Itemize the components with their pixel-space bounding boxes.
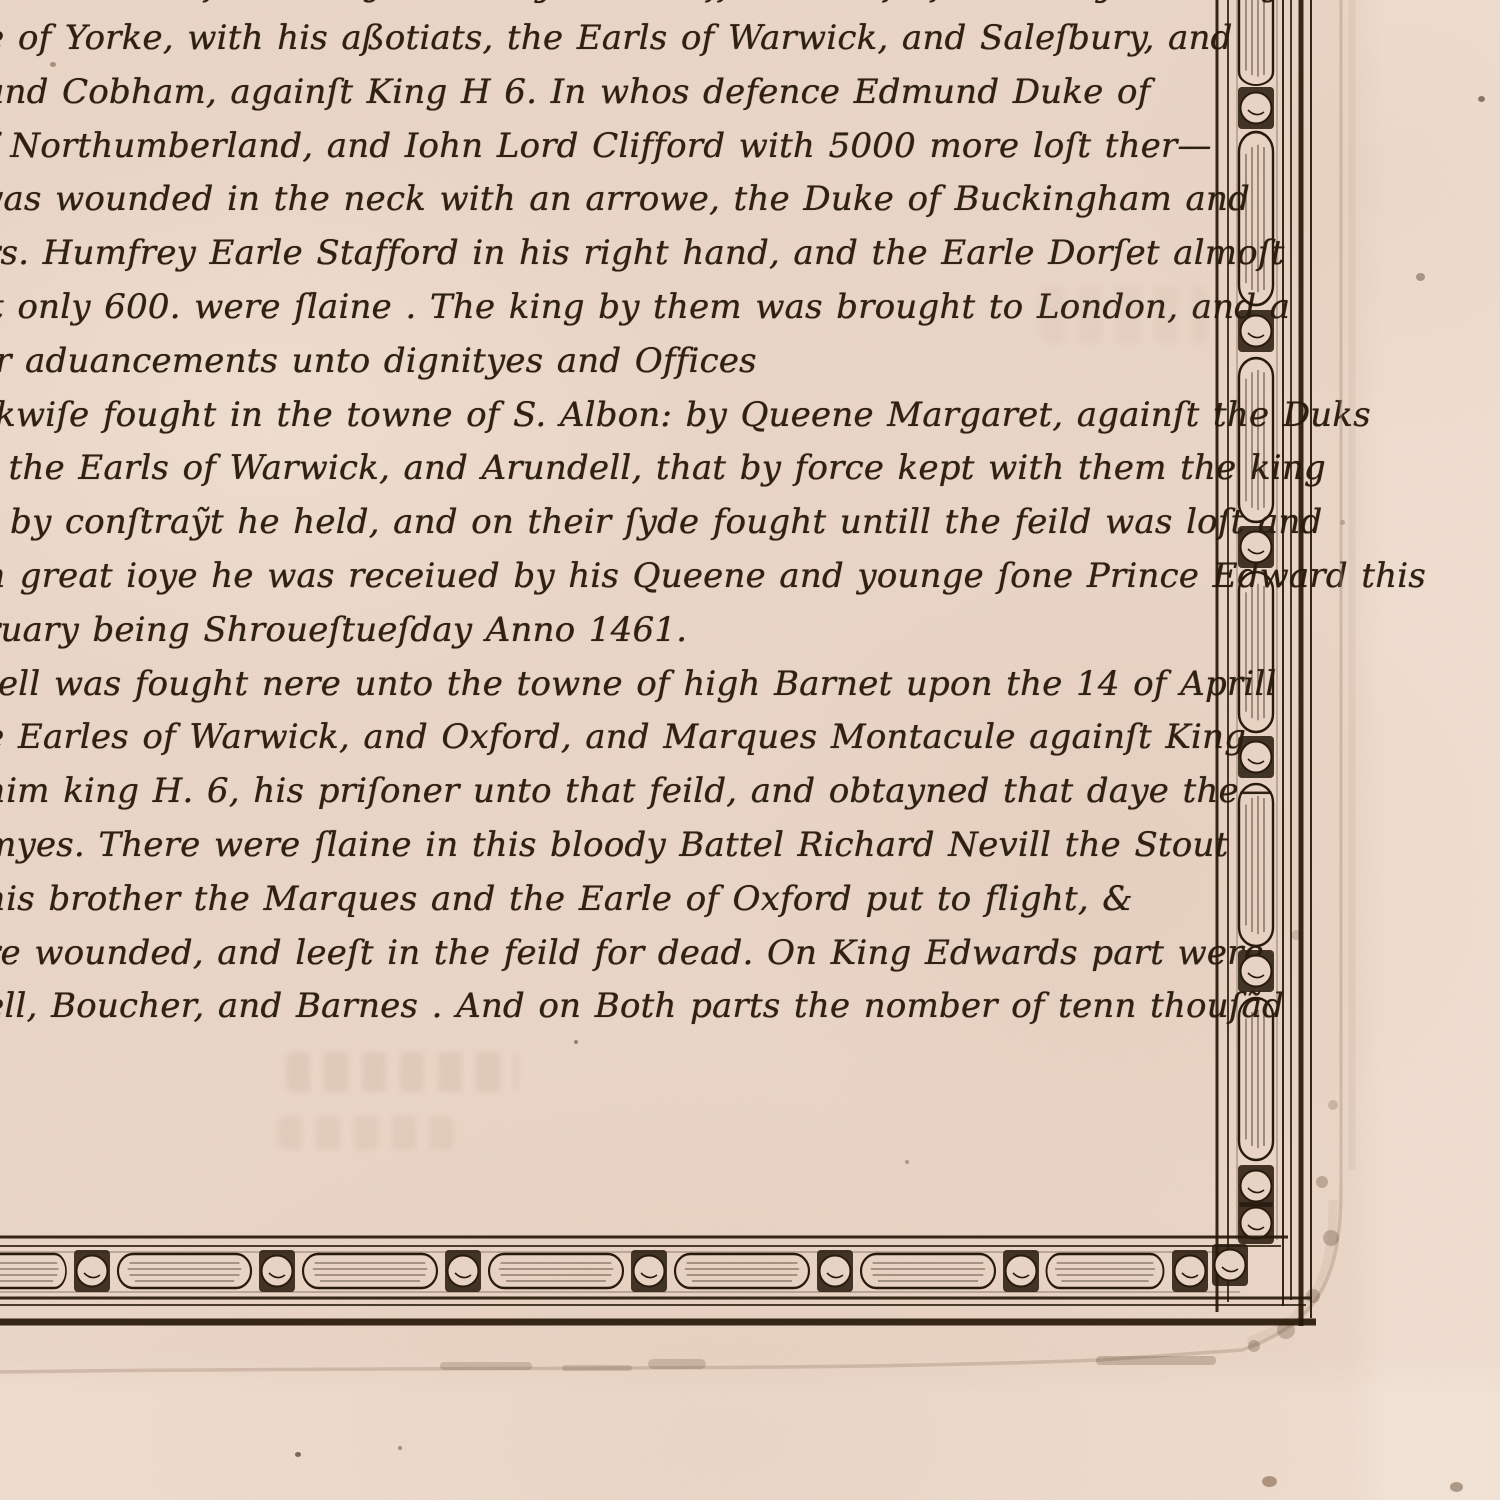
text-line: f Northumberland, and Iohn Lord Clifford… [0, 120, 1500, 174]
paper-speck [295, 1452, 301, 1457]
text-line: ell, Boucher, and Barnes . And on Both p… [0, 980, 1500, 1034]
text-line: re wounded, and leeſt in the feild for d… [0, 927, 1500, 981]
paper-speck [1262, 1476, 1277, 1487]
paper-speck [1450, 1482, 1463, 1492]
text-line: vas wounded in the neck with an arrowe, … [0, 173, 1500, 227]
text-line: tell was fought nere unto the towne of h… [0, 658, 1500, 712]
text-line: him king H. 6, his priſoner unto that fe… [0, 765, 1500, 819]
paper-speck [905, 1160, 909, 1164]
text-line: ir aduancements unto dignityes and Offic… [0, 335, 1500, 389]
antique-map-text-page: ſ J y ﬀ ſſ y J e of Yorke, with his aßot… [0, 0, 1500, 1500]
text-line: , the Earls of Warwick, and Arundell, th… [0, 442, 1500, 496]
text-line: ikwiſe fought in the towne of S. Albon: … [0, 389, 1500, 443]
text-line: t only 600. were ſlaine . The king by th… [0, 281, 1500, 335]
paper-speck [398, 1446, 402, 1450]
top-edge-fragment: ſ J y ﬀ ſſ y J [205, 0, 1317, 12]
text-line: e Earles of Warwick, and Oxford, and Mar… [0, 711, 1500, 765]
text-line: e of Yorke, with his aßotiats, the Earls… [0, 12, 1500, 66]
text-line: his brother the Marques and the Earle of… [0, 873, 1500, 927]
text-line: by conſtraỹt he held, and on their ſyde … [0, 496, 1500, 550]
text-line: rs. Humfrey Earle Stafford in his right … [0, 227, 1500, 281]
text-line: h great ioye he was receiued by his Quee… [0, 550, 1500, 604]
showthrough-smudge [278, 1116, 454, 1150]
border-bottom-reeds [0, 1244, 1248, 1292]
text-line: and Cobham, againſt King H 6. In whos de… [0, 66, 1500, 120]
text-line: myes. There were ſlaine in this bloody B… [0, 819, 1500, 873]
text-line: ruary being Shroueſtueſday Anno 1461. [0, 604, 1500, 658]
border-bottom-ornament [0, 1237, 1316, 1322]
paper-speck [574, 1040, 578, 1044]
showthrough-smudge [286, 1052, 518, 1092]
text-block: e of Yorke, with his aßotiats, the Earls… [0, 12, 1500, 1034]
